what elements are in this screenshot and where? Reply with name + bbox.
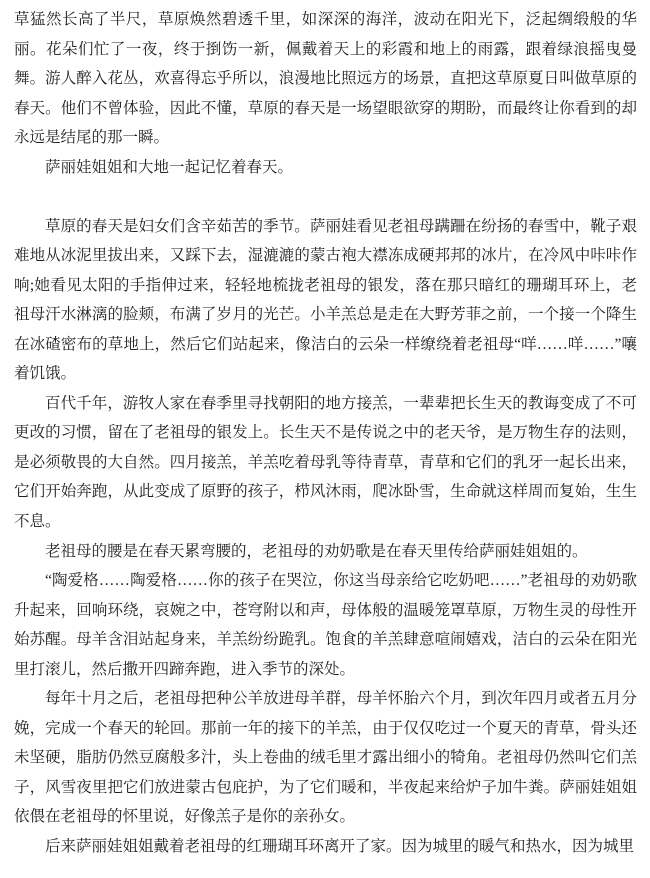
paragraph-truncated: 后来萨丽娃姐姐戴着老祖母的红珊瑚耳环离开了家。因为城里的暖气和热水，因为城里 (14, 832, 637, 862)
paragraph: 每年十月之后，老祖母把种公羊放进母羊群，母羊怀胎六个月，到次年四月或者五月分娩，… (14, 684, 637, 832)
paragraph: 老祖母的腰是在春天累弯腰的，老祖母的劝奶歌是在春天里传给萨丽娃姐姐的。 (14, 537, 637, 567)
paragraph: 百代千年，游牧人家在春季里寻找朝阳的地方接羔，一辈辈把长生天的教诲变成了不可更改… (14, 389, 637, 537)
document-page: 草猛然长高了半尺，草原焕然碧透千里，如深深的海洋，波动在阳光下，泛起绸缎般的华丽… (0, 0, 650, 878)
paragraph-continuation: 草猛然长高了半尺，草原焕然碧透千里，如深深的海洋，波动在阳光下，泛起绸缎般的华丽… (14, 5, 637, 153)
paragraph: 萨丽娃姐姐和大地一起记忆着春天。 (14, 153, 637, 183)
paragraph-quote: “陶爱格……陶爱格……你的孩子在哭泣，你这当母亲给它吃奶吧……”老祖母的劝奶歌升… (14, 566, 637, 684)
paragraph: 草原的春天是妇女们含辛茹苦的季节。萨丽娃看见老祖母蹒跚在纷扬的春雪中，靴子艰难地… (14, 212, 637, 389)
